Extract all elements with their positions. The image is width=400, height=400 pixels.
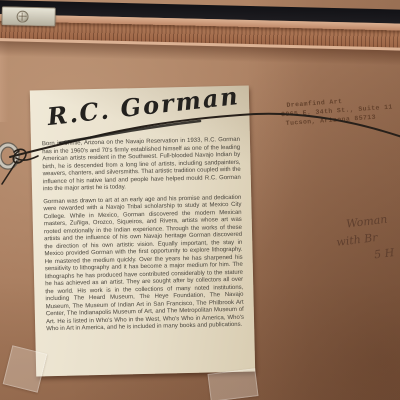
artist-biography-label: R.C. Gorman Born in Chinle, Arizona on t… [30, 86, 255, 377]
framed-artwork-back-photo: R.C. Gorman Born in Chinle, Arizona on t… [0, 0, 400, 400]
pencil-inscription: Woman with Br 5 H [345, 205, 400, 267]
label-paragraph-1: Born in Chinle, Arizona on the Navajo Re… [42, 137, 241, 194]
artist-signature: R.C. Gorman [46, 86, 240, 131]
bracket-screw-icon [16, 11, 28, 23]
tape-bottom-right [207, 368, 258, 400]
frame-top-edge [0, 0, 400, 66]
hanger-bracket [1, 6, 55, 26]
label-paragraph-2: Gorman was drawn to art at an early age … [43, 194, 244, 333]
